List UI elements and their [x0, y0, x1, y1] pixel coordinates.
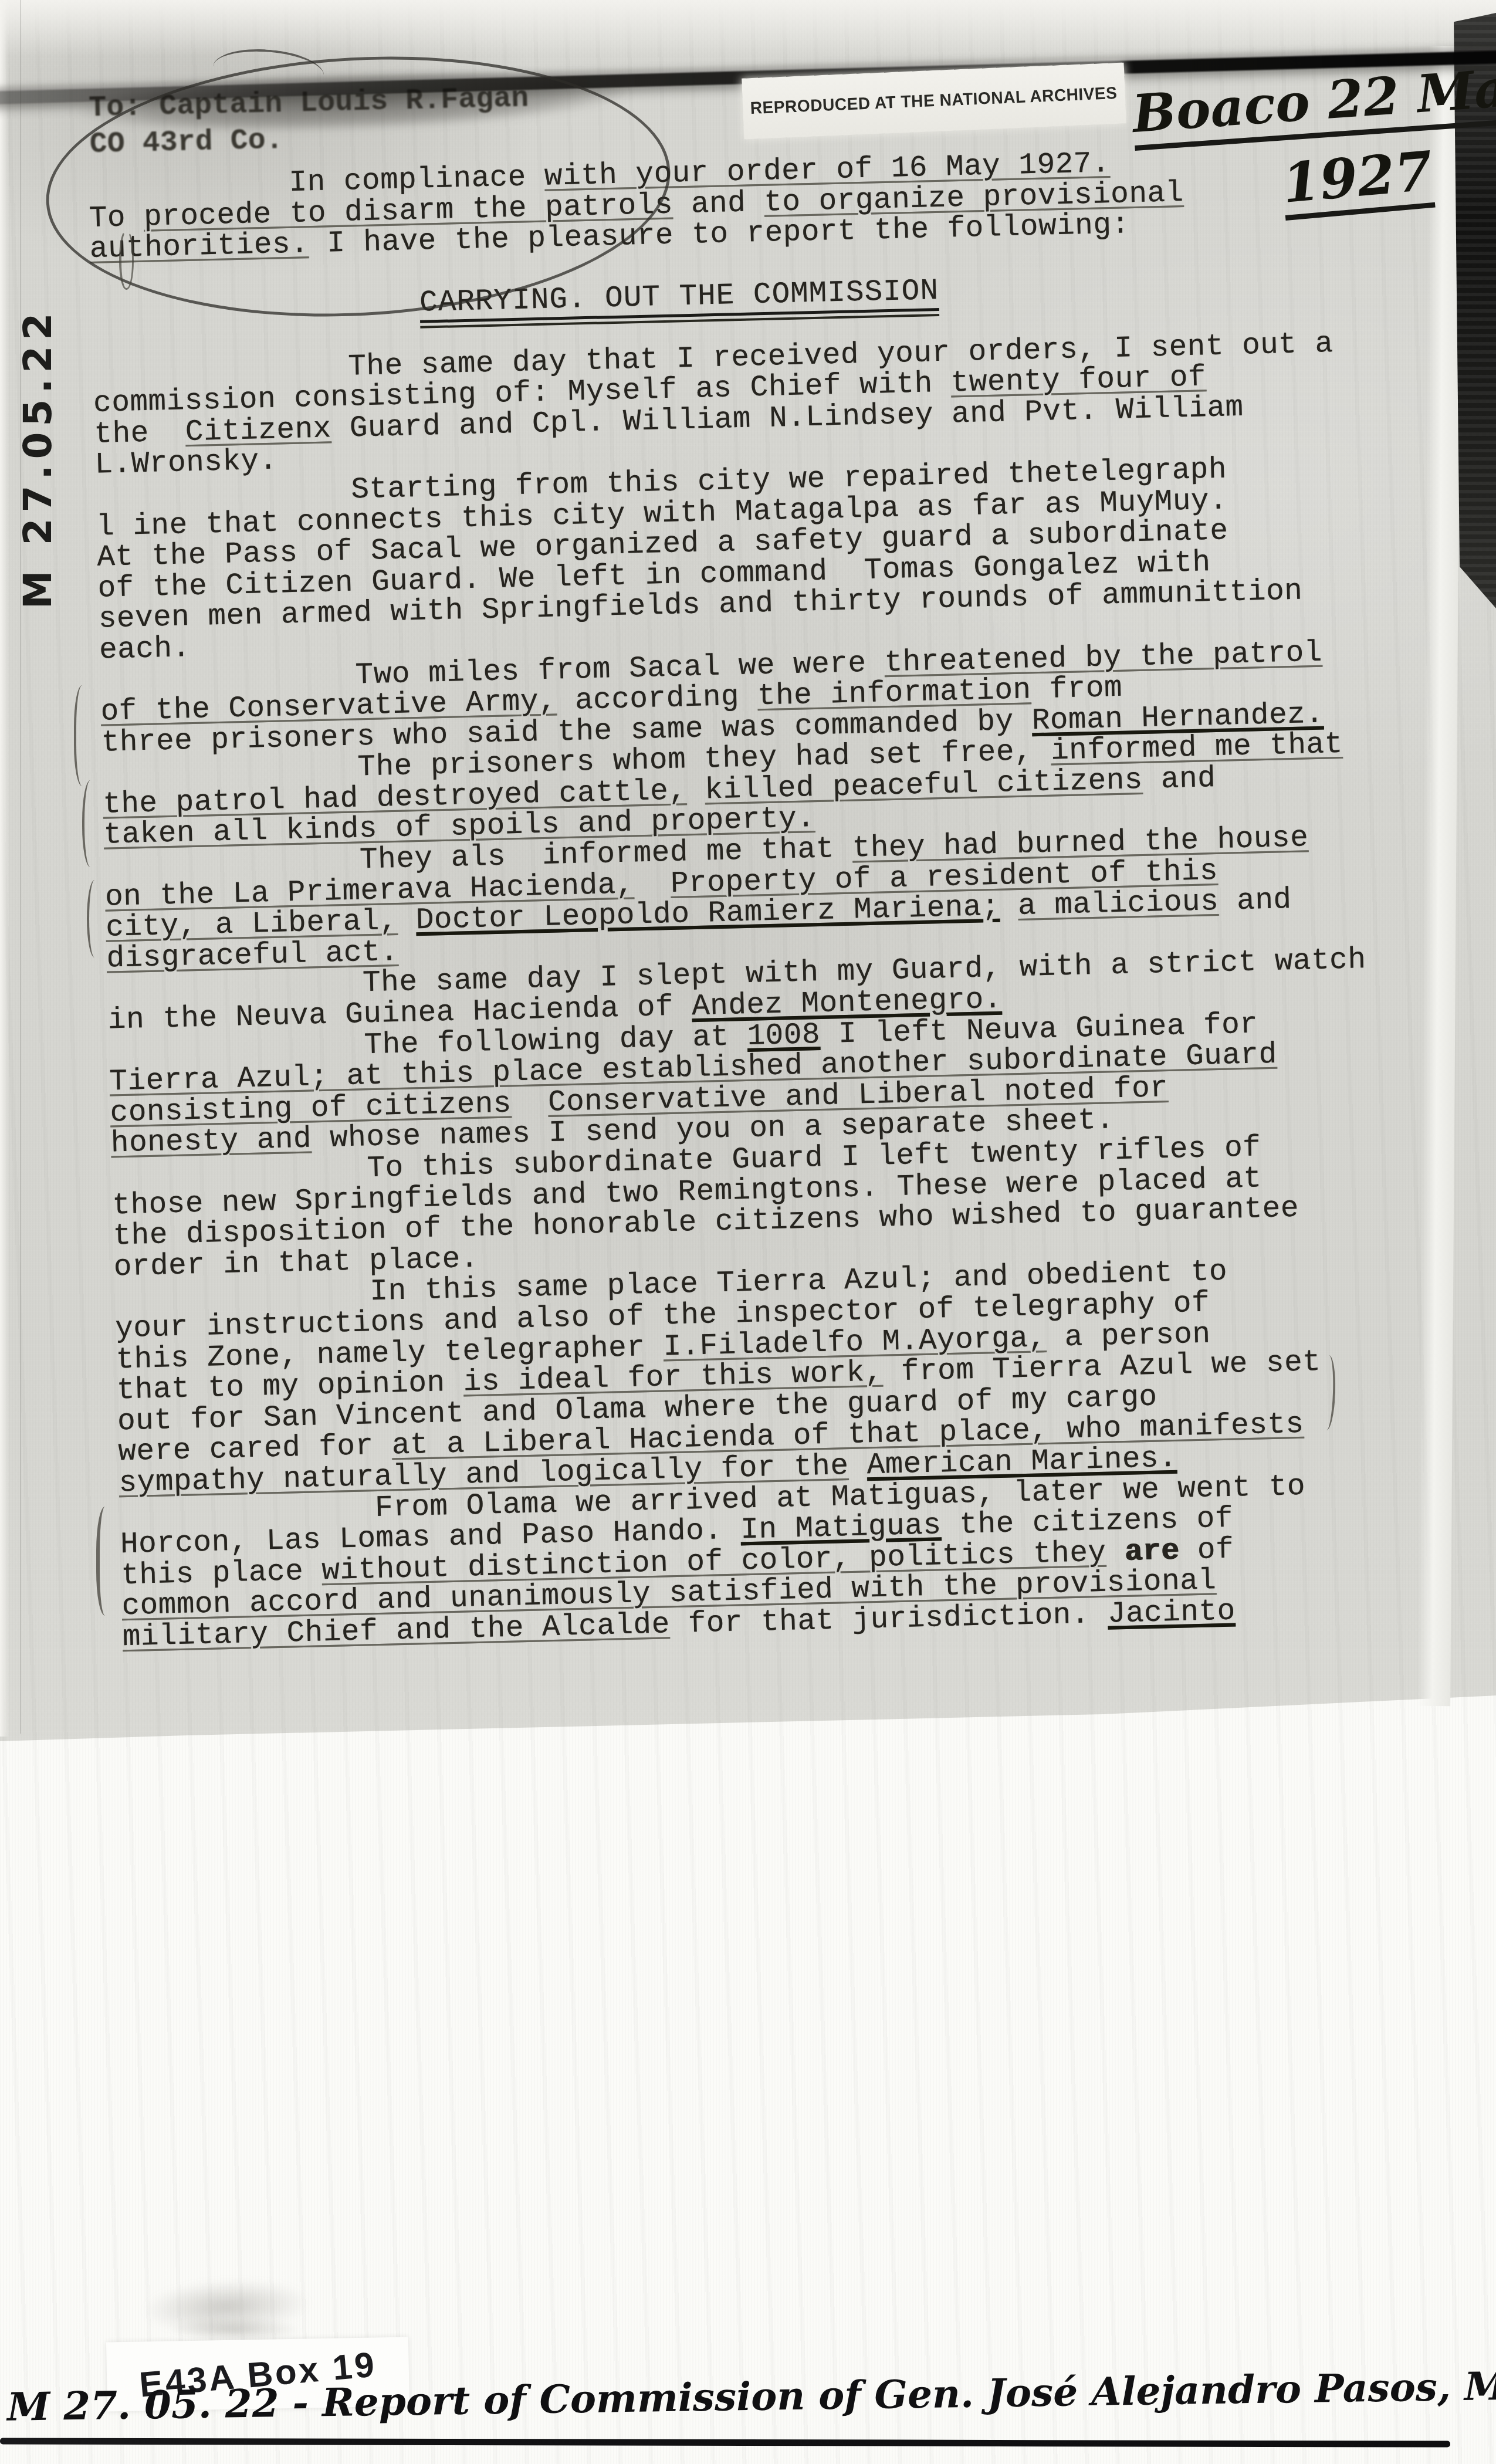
- paper-crease-line: [20, 0, 21, 1734]
- typed-text: [999, 890, 1018, 924]
- typed-text: are: [1124, 1535, 1180, 1569]
- typed-text: a malicious: [1018, 885, 1219, 923]
- typed-text: and: [1219, 884, 1292, 919]
- typed-text: Citizenx: [185, 412, 331, 449]
- typed-text: 1008: [747, 1018, 821, 1054]
- typed-text: the: [94, 416, 186, 452]
- handwritten-year: 1927: [1280, 139, 1435, 221]
- typed-text: [397, 904, 416, 938]
- typed-text: [686, 774, 705, 808]
- typed-text: and: [672, 186, 764, 222]
- typed-text: of: [1179, 1533, 1234, 1568]
- pencil-margin-bracket: [96, 1507, 114, 1616]
- stamp-text: REPRODUCED AT THE NATIONAL ARCHIVES: [750, 83, 1118, 118]
- pencil-margin-hook: [119, 230, 134, 290]
- typed-text: [634, 868, 671, 902]
- bottom-edge-line: [0, 2438, 1450, 2447]
- pencil-margin-bracket: [82, 780, 99, 867]
- typed-text: from: [1031, 672, 1123, 708]
- typed-text: [1106, 1536, 1125, 1570]
- scan-top-light-band: [0, 0, 1496, 56]
- pencil-margin-bracket: [87, 880, 103, 957]
- typed-text: [511, 1087, 549, 1121]
- handwritten-margin-reference: M 27.05.22: [15, 307, 60, 609]
- typed-text: and: [1142, 762, 1216, 797]
- scan-left-edge: [0, 0, 9, 1737]
- typed-text: each.: [99, 632, 191, 668]
- typed-text: Jacinto: [1107, 1595, 1236, 1632]
- pencil-margin-bracket: [74, 685, 90, 786]
- typed-lines: In complinace with your order of 16 May …: [88, 141, 1490, 1654]
- scanned-document-page: { "colors":{"paper":"#d6d6d1","ink":"#26…: [0, 0, 1496, 2464]
- typed-text: [848, 1449, 867, 1483]
